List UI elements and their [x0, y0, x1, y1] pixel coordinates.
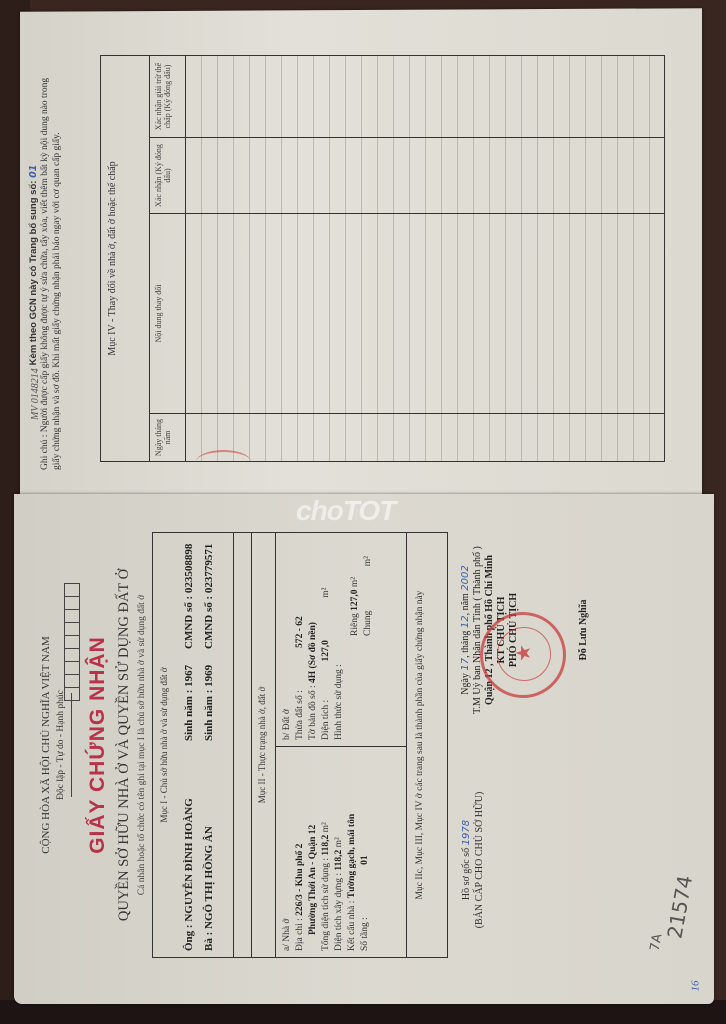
land-usage-form: Hình thức sử dụng : — [334, 664, 344, 740]
column-header: Ngày tháng năm — [150, 414, 186, 461]
section-ii-title: Mục II - Thực trạng nhà ở, đất ở — [257, 533, 267, 957]
certificate-subtitle: QUYỀN SỞ HỮU NHÀ Ở VÀ QUYỀN SỬ DỤNG ĐẤT … — [116, 530, 133, 960]
handwritten-sub-number: 7A — [648, 933, 666, 953]
section-iv-table: Ngày tháng năm Nội dung thay đổi Xác nhậ… — [149, 56, 665, 461]
land-private-area: Riêng 127,0 m² — [350, 577, 360, 636]
house-details: a/ Nhà ở Địa chỉ : 226/3 - Khu phố 2 Phư… — [276, 746, 406, 957]
house-total-area: Tổng diện tích sử dụng : 118,2 m² — [321, 822, 331, 951]
ruled-lines — [186, 214, 665, 413]
land-area: Diện tích : 127,0 m² — [321, 588, 331, 740]
serial-number-boxes — [64, 583, 80, 700]
serial-box — [64, 648, 80, 662]
section-iv-frame: Mục IV - Thay đổi về nhà ở, đất ở hoặc t… — [100, 55, 665, 462]
land-details: b/ Đất ở Thửa đất số : 572 - 62 Tờ bản đ… — [276, 533, 406, 746]
section-i: Mục I - Chủ sở hữu nhà ở và sử dụng đất … — [153, 533, 234, 957]
serial-box — [64, 674, 80, 688]
land-parcel: Thửa đất số : 572 - 62 — [295, 616, 305, 740]
serial-box — [64, 635, 80, 649]
star-emblem-icon: ★ — [511, 644, 536, 662]
owner-name: NGUYỄN ĐÌNH HOÀNG — [183, 798, 195, 921]
house-address: Địa chỉ : 226/3 - Khu phố 2 — [295, 844, 305, 951]
usage-note: Ghi chú : Người được cấp giấy không được… — [39, 60, 63, 470]
owner-name: NGÔ THỊ HỒNG ÂN — [203, 826, 215, 929]
house-build-area: Diện tích xây dựng : 118,2 m² — [334, 837, 344, 951]
section-gap-row — [233, 533, 252, 957]
serial-box — [64, 609, 80, 623]
house-floors: Số tầng : 01 — [360, 855, 370, 951]
authority-line-1: T.M Uỷ ban Nhân dân Tỉnh ( Thành phố ) — [472, 530, 484, 730]
section-ii: a/ Nhà ở Địa chỉ : 226/3 - Khu phố 2 Phư… — [275, 533, 407, 957]
signer-name: Đỗ Lưu Nghĩa — [578, 530, 589, 730]
copy-note: (BẢN CẤP CHO CHỦ SỞ HỮU) — [473, 760, 486, 960]
official-red-seal: ★ — [480, 612, 566, 698]
stamp-fragment — [196, 450, 251, 474]
watermark-chotot: choTOT — [296, 495, 395, 527]
certificate-title: GIẤY CHỨNG NHẬN — [86, 530, 110, 960]
section-i-title: Mục I - Chủ sở hữu nhà ở và sử dụng đất … — [159, 533, 169, 957]
section-ii-footer: Mục IIc, Mục III, Mục IV ở các trang sau… — [415, 533, 425, 957]
certificate-front-content: CỘNG HÒA XÃ HỘI CHỦ NGHĨA VIỆT NAM Độc l… — [40, 530, 700, 960]
owner-birth-year: Sinh năm : 1967 — [183, 665, 195, 741]
column-mortgage-release: Xác nhận giải trừ thế chấp (Ký đóng dấu) — [150, 56, 665, 137]
section-iv-block: Mục IV - Thay đổi về nhà ở, đất ở hoặc t… — [100, 55, 665, 462]
attachment-number: 01 — [28, 165, 39, 178]
serial-box — [64, 622, 80, 636]
house-heading: a/ Nhà ở — [282, 919, 292, 951]
column-header: Xác nhận (Ký đóng dấu) — [150, 138, 186, 213]
column-header: Nội dung thay đổi — [150, 214, 186, 413]
section-iv-title: Mục IV - Thay đổi về nhà ở, đất ở hoặc t… — [107, 56, 118, 461]
owner-row-2: Bà : NGÔ THỊ HỒNG ÂN Sinh năm : 1969 CMN… — [203, 826, 215, 951]
owner-birth-year: Sinh năm : 1969 — [203, 665, 215, 741]
owner-id-number: CMND số : 023508898 — [183, 544, 195, 649]
house-structure: Kết cấu nhà : Tường gạch, mái tôn — [347, 814, 357, 951]
column-change-content: Nội dung thay đổi — [150, 213, 665, 413]
dossier-info: Hồ sơ gốc số 1978 (BẢN CẤP CHO CHỦ SỞ HỮ… — [460, 760, 486, 960]
ruled-lines — [186, 138, 665, 213]
serial-box — [64, 596, 80, 610]
page-marker: 16 — [690, 981, 702, 992]
dossier-number: Hồ sơ gốc số 1978 — [460, 760, 473, 960]
owner-id-number: CMND số : 023779571 — [203, 544, 215, 649]
ruled-lines — [186, 56, 665, 137]
column-header: Xác nhận giải trừ thế chấp (Ký đóng dấu) — [150, 56, 186, 137]
land-heading: b/ Đất ở — [282, 709, 292, 740]
serial-box — [64, 583, 80, 597]
house-address-line2: Phường Thới An - Quận 12 — [308, 825, 318, 935]
handwritten-code: MV 0148214 — [30, 368, 41, 420]
serial-box — [64, 687, 80, 701]
ruled-lines — [186, 414, 665, 461]
land-map-sheet: Tờ bản đồ số : 4H (Sơ đồ nền) — [308, 622, 318, 740]
certificate-main-frame: Mục I - Chủ sở hữu nhà ở và sử dụng đất … — [152, 532, 448, 958]
land-shared-area: Chung m² — [363, 556, 373, 636]
country-name: CỘNG HÒA XÃ HỘI CHỦ NGHĨA VIỆT NAM — [40, 530, 52, 960]
issue-date: Ngày 17, tháng 12, năm 2002 — [460, 530, 472, 730]
certificate-intro: Cá nhân hoặc tổ chức có tên ghi tại mục … — [137, 530, 147, 960]
serial-box — [64, 661, 80, 675]
motto-underline — [71, 693, 72, 797]
owner-row-1: Ông : NGUYỄN ĐÌNH HOÀNG Sinh năm : 1967 … — [183, 798, 195, 951]
column-confirmation: Xác nhận (Ký đóng dấu) — [150, 137, 665, 213]
